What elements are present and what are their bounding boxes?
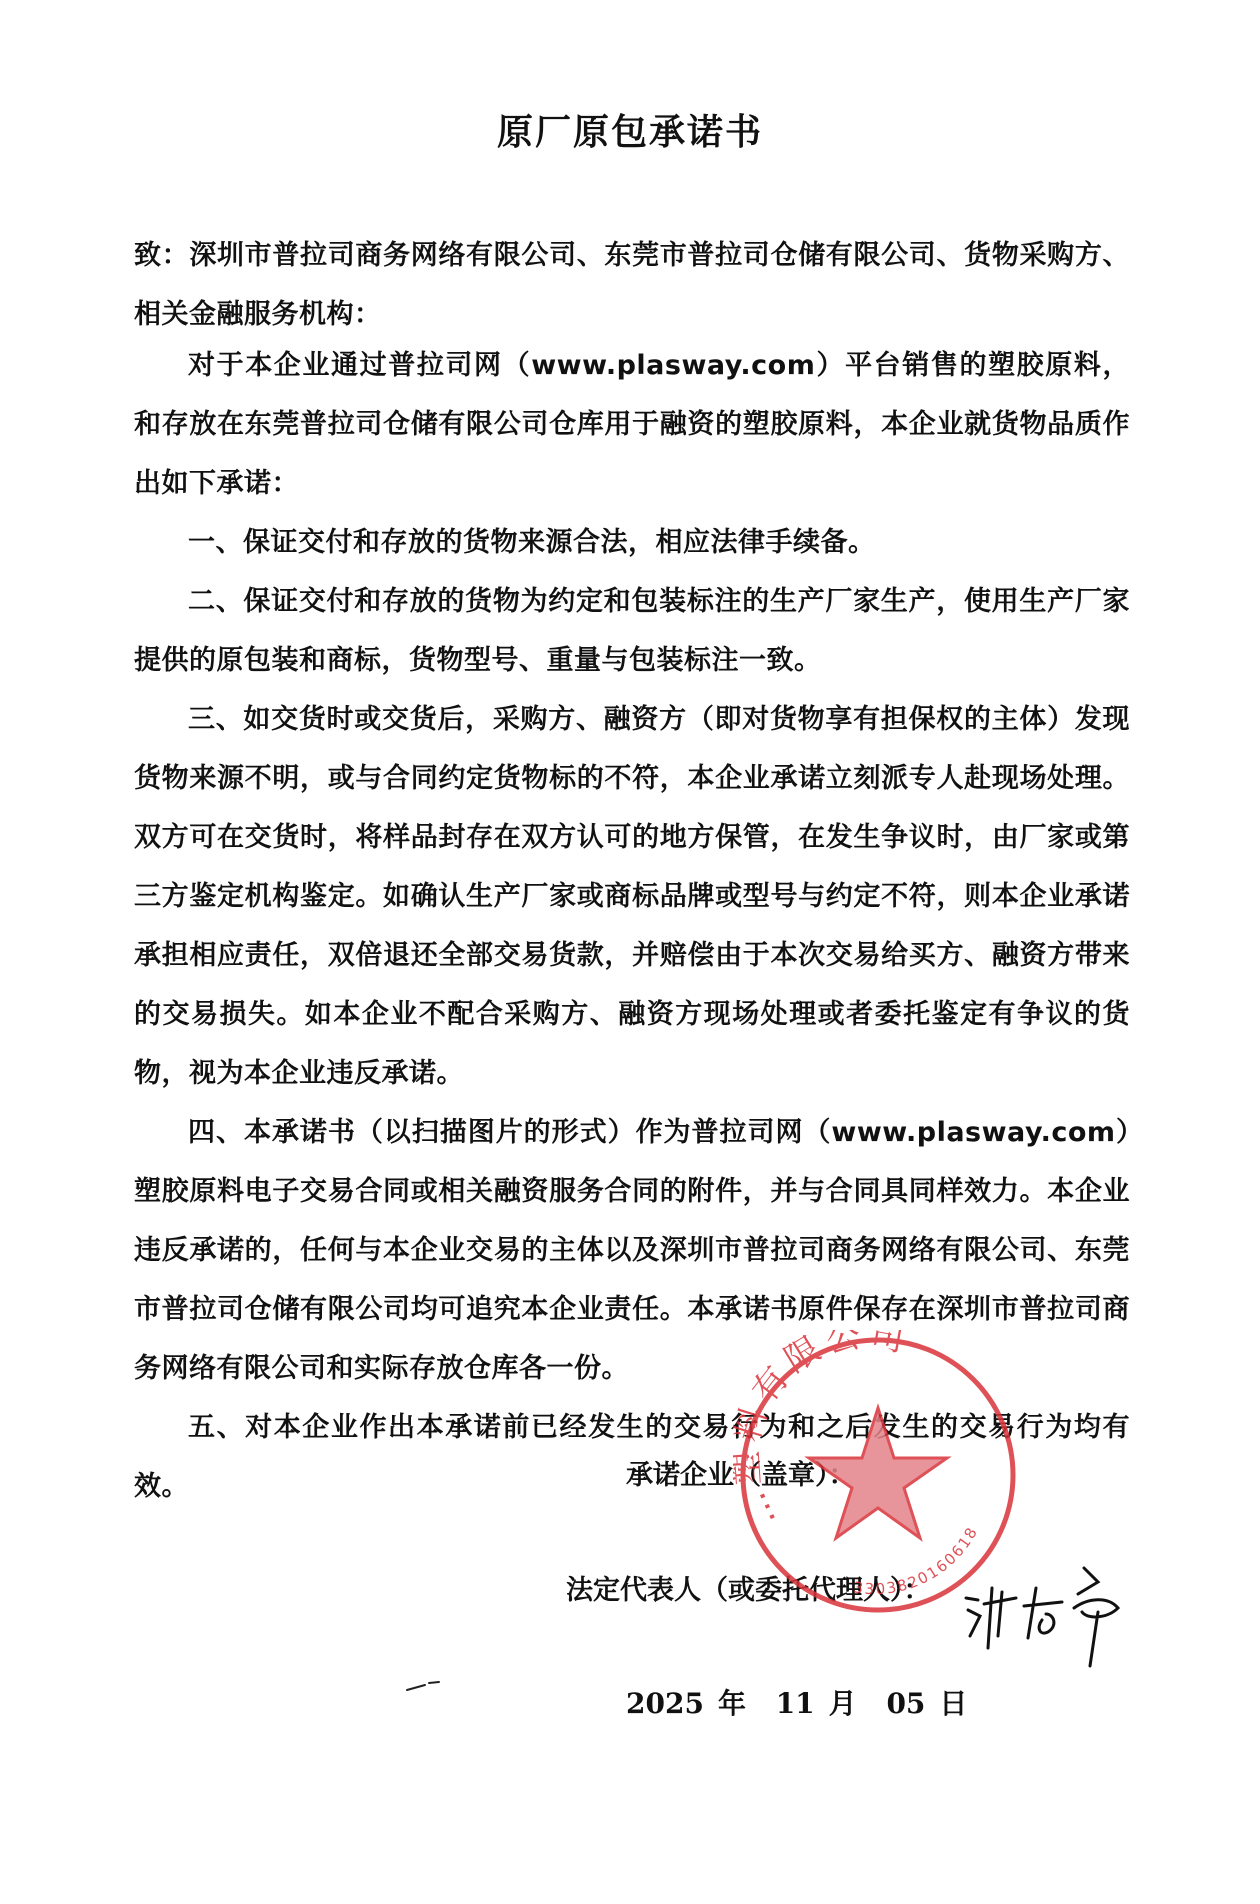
date-year-unit: 年 — [718, 1687, 746, 1720]
document-title: 原厂原包承诺书 — [0, 104, 1260, 155]
signing-date: 2025年 11月 05日 — [626, 1682, 981, 1722]
handwritten-signature-icon — [958, 1548, 1128, 1668]
pen-stroke-mark-icon — [405, 1680, 445, 1692]
paragraph-clause-1: 一、保证交付和存放的货物来源合法，相应法律手续备。 — [134, 513, 1130, 572]
addressee: 致：深圳市普拉司商务网络有限公司、东莞市普拉司仓储有限公司、货物采购方、相关金融… — [134, 226, 1130, 344]
addressee-text: 致：深圳市普拉司商务网络有限公司、东莞市普拉司仓储有限公司、货物采购方、相关金融… — [134, 226, 1130, 344]
date-day: 05 — [886, 1687, 925, 1720]
date-day-unit: 日 — [939, 1687, 967, 1720]
date-month-unit: 月 — [829, 1687, 857, 1720]
date-month: 11 — [776, 1687, 815, 1720]
paragraph-clause-2: 二、保证交付和存放的货物为约定和包装标注的生产厂家生产，使用生产厂家提供的原包装… — [134, 572, 1130, 690]
paragraph-intro: 对于本企业通过普拉司网（www.plasway.com）平台销售的塑胶原料，和存… — [134, 336, 1130, 513]
document-page: 原厂原包承诺书 致：深圳市普拉司商务网络有限公司、东莞市普拉司仓储有限公司、货物… — [0, 0, 1260, 1904]
date-year: 2025 — [626, 1687, 704, 1720]
paragraph-clause-3: 三、如交货时或交货后，采购方、融资方（即对货物享有担保权的主体）发现货物来源不明… — [134, 690, 1130, 1103]
